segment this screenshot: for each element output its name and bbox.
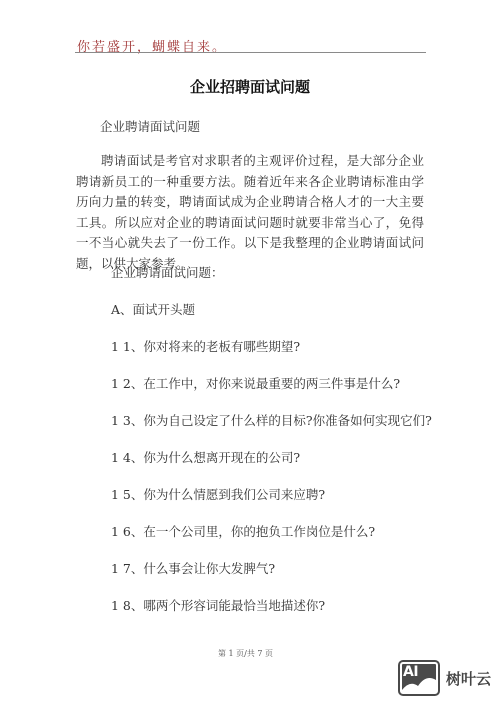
header-divider bbox=[75, 52, 426, 53]
question-item: 1 6、在一个公司里，你的抱负工作岗位是什么? bbox=[111, 522, 375, 540]
page-indicator: 第 1 页/共 7 页 bbox=[218, 648, 273, 659]
question-item: 1 4、你为什么想离开现在的公司? bbox=[111, 448, 300, 466]
question-item: 1 5、你为什么情愿到我们公司来应聘? bbox=[111, 485, 325, 503]
question-item: 1 1、你对将来的老板有哪些期望? bbox=[111, 337, 300, 355]
list-heading: 企业聘请面试问题： bbox=[111, 263, 224, 281]
question-item: 1 2、在工作中，对你来说最重要的两三件事是什么? bbox=[111, 374, 400, 392]
intro-paragraph: 聘请面试是考官对求职者的主观评价过程，是大部分企业聘请新员工的一种重要方法。随着… bbox=[76, 151, 424, 274]
watermark-brand: 树叶云 bbox=[446, 668, 491, 689]
question-item: 1 7、什么事会让你大发脾气? bbox=[111, 559, 275, 577]
watermark-logo-icon: AI bbox=[398, 660, 440, 696]
watermark: AI 树叶云 bbox=[398, 660, 491, 696]
document-title: 企业招聘面试问题 bbox=[0, 76, 500, 97]
question-item: 1 3、你为自己设定了什么样的目标?你准备如何实现它们? bbox=[111, 411, 432, 429]
document-subtitle: 企业聘请面试问题 bbox=[100, 117, 200, 135]
question-item: 1 8、哪两个形容词能最恰当地描述你? bbox=[111, 596, 325, 614]
watermark-logo-text: AI bbox=[403, 664, 418, 680]
section-a-heading: A、面试开头题 bbox=[111, 300, 195, 318]
